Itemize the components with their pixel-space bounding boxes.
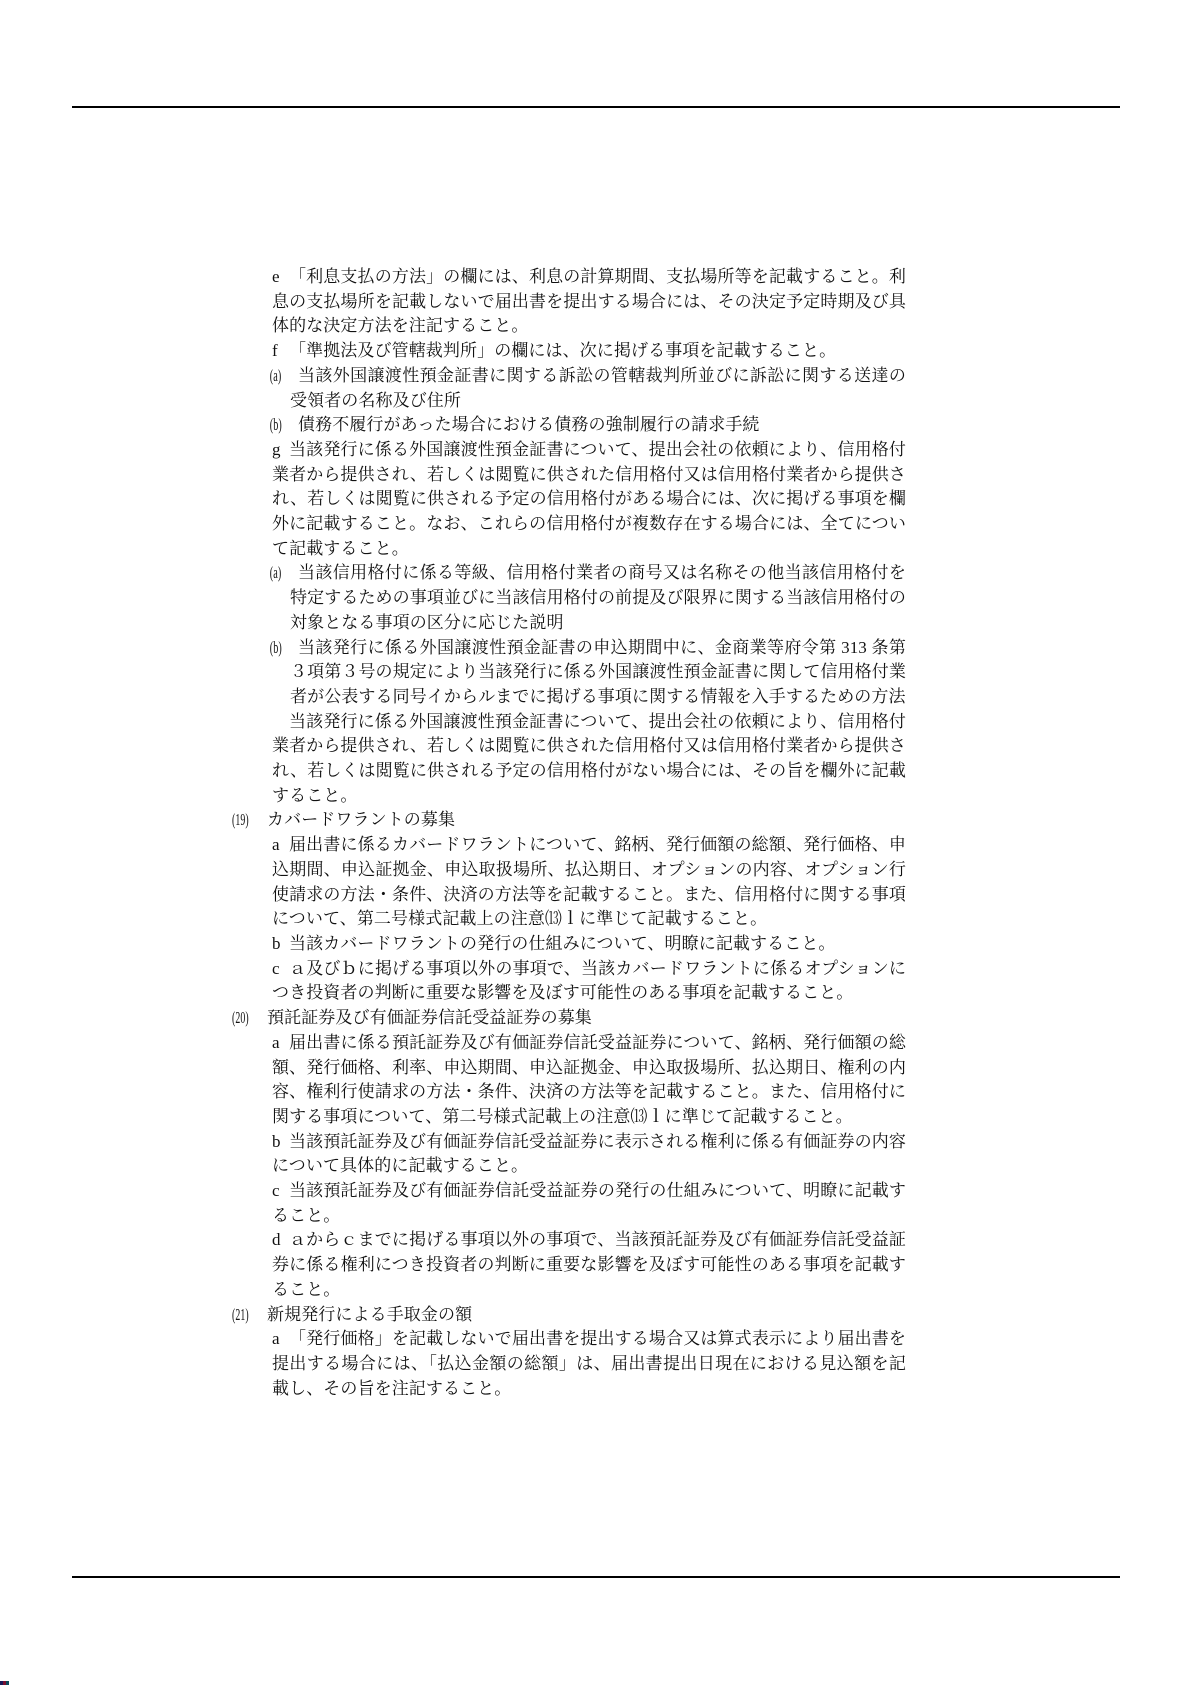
item-label: g [255,438,281,463]
item-text: 当該カバードワラントの発行の仕組みについて、明瞭に記載すること。 [289,934,836,953]
item-text: カバードワラントの募集 [267,810,455,829]
item-label: f [255,339,278,364]
list-item: a届出書に係るカバードワラントについて、銘柄、発行価額の総額、発行価格、申込期間… [272,833,906,932]
item-text: 当該発行に係る外国譲渡性預金証書について、提出会社の依頼により、信用格付業者から… [272,712,906,805]
item-text: ａ及びｂに掲げる事項以外の事項で、当該カバードワラントに係るオプションにつき投資… [272,959,906,1003]
item-text: 当該外国譲渡性預金証書に関する訴訟の管轄裁判所並びに訴訟に関する送達の受領者の名… [290,366,906,410]
list-item: a届出書に係る預託証券及び有価証券信託受益証券について、銘柄、発行価額の総額、発… [272,1031,906,1130]
item-text: 当該発行に係る外国譲渡性預金証書の申込期間中に、金商業等府令第 313 条第３項… [290,638,906,706]
list-item: f「準拠法及び管轄裁判所」の欄には、次に掲げる事項を記載すること。 [272,339,906,364]
item-text: 「準拠法及び管轄裁判所」の欄には、次に掲げる事項を記載すること。 [289,341,836,360]
item-text: 当該預託証券及び有価証券信託受益証券に表示される権利に係る有価証券の内容について… [272,1132,906,1176]
item-label: (b) [265,636,282,661]
list-item: (a)当該信用格付に係る等級、信用格付業者の商号又は名称その他当該信用格付を特定… [290,561,906,635]
list-item: dａからｃまでに掲げる事項以外の事項で、当該預託証券及び有価証券信託受益証券に係… [272,1228,906,1302]
item-text: 「発行価格」を記載しないで届出書を提出する場合又は算式表示により届出書を提出する… [272,1329,906,1397]
item-label: d [255,1228,281,1253]
list-item: (19)カバードワラントの募集 [267,808,906,833]
list-item: (20)預託証券及び有価証券信託受益証券の募集 [267,1006,906,1031]
item-text: 当該預託証券及び有価証券信託受益証券の発行の仕組みについて、明瞭に記載すること。 [272,1181,906,1225]
list-item: cａ及びｂに掲げる事項以外の事項で、当該カバードワラントに係るオプションにつき投… [272,957,906,1006]
item-text: 届出書に係るカバードワラントについて、銘柄、発行価額の総額、発行価格、申込期間、… [272,835,906,928]
top-rule [72,106,1120,108]
document-page: e「利息支払の方法」の欄には、利息の計算期間、支払場所等を記載すること。利息の支… [0,0,1192,1685]
item-text: 新規発行による手取金の額 [267,1305,472,1324]
document-body: e「利息支払の方法」の欄には、利息の計算期間、支払場所等を記載すること。利息の支… [0,265,1192,1401]
item-label: b [255,1130,281,1155]
item-text: 債務不履行があった場合における債務の強制履行の請求手続 [298,415,760,434]
list-item: 当該発行に係る外国譲渡性預金証書について、提出会社の依頼により、信用格付業者から… [272,710,906,809]
item-label: a [255,1327,280,1352]
item-text: 当該発行に係る外国譲渡性預金証書について、提出会社の依頼により、信用格付業者から… [272,440,906,558]
item-text: 預託証券及び有価証券信託受益証券の募集 [267,1008,592,1027]
list-item: (a)当該外国譲渡性預金証書に関する訴訟の管轄裁判所並びに訴訟に関する送達の受領… [290,364,906,413]
list-item: g当該発行に係る外国譲渡性預金証書について、提出会社の依頼により、信用格付業者か… [272,438,906,562]
item-label: (21) [232,1303,249,1328]
item-label: (a) [265,561,281,586]
list-item: b当該カバードワラントの発行の仕組みについて、明瞭に記載すること。 [272,932,906,957]
item-label: a [255,833,280,858]
item-label: (b) [265,413,282,438]
bottom-rule [72,1576,1120,1578]
item-label: b [255,932,281,957]
list-item: (b)当該発行に係る外国譲渡性預金証書の申込期間中に、金商業等府令第 313 条… [290,636,906,710]
list-item: (b)債務不履行があった場合における債務の強制履行の請求手続 [290,413,906,438]
item-text: 当該信用格付に係る等級、信用格付業者の商号又は名称その他当該信用格付を特定するた… [290,563,906,631]
item-label: c [255,1179,280,1204]
item-label: e [255,265,280,290]
list-item: (21)新規発行による手取金の額 [267,1303,906,1328]
item-text: 届出書に係る預託証券及び有価証券信託受益証券について、銘柄、発行価額の総額、発行… [272,1033,906,1126]
item-label: c [255,957,280,982]
item-label: (19) [232,808,249,833]
list-item: a「発行価格」を記載しないで届出書を提出する場合又は算式表示により届出書を提出す… [272,1327,906,1401]
item-label: (20) [232,1006,249,1031]
scan-artifact [0,1681,9,1685]
list-item: c当該預託証券及び有価証券信託受益証券の発行の仕組みについて、明瞭に記載すること… [272,1179,906,1228]
item-text: ａからｃまでに掲げる事項以外の事項で、当該預託証券及び有価証券信託受益証券に係る… [272,1230,906,1298]
item-label: a [255,1031,280,1056]
item-label: (a) [265,364,281,389]
item-text: 「利息支払の方法」の欄には、利息の計算期間、支払場所等を記載すること。利息の支払… [272,267,906,335]
list-item: b当該預託証券及び有価証券信託受益証券に表示される権利に係る有価証券の内容につい… [272,1130,906,1179]
list-item: e「利息支払の方法」の欄には、利息の計算期間、支払場所等を記載すること。利息の支… [272,265,906,339]
